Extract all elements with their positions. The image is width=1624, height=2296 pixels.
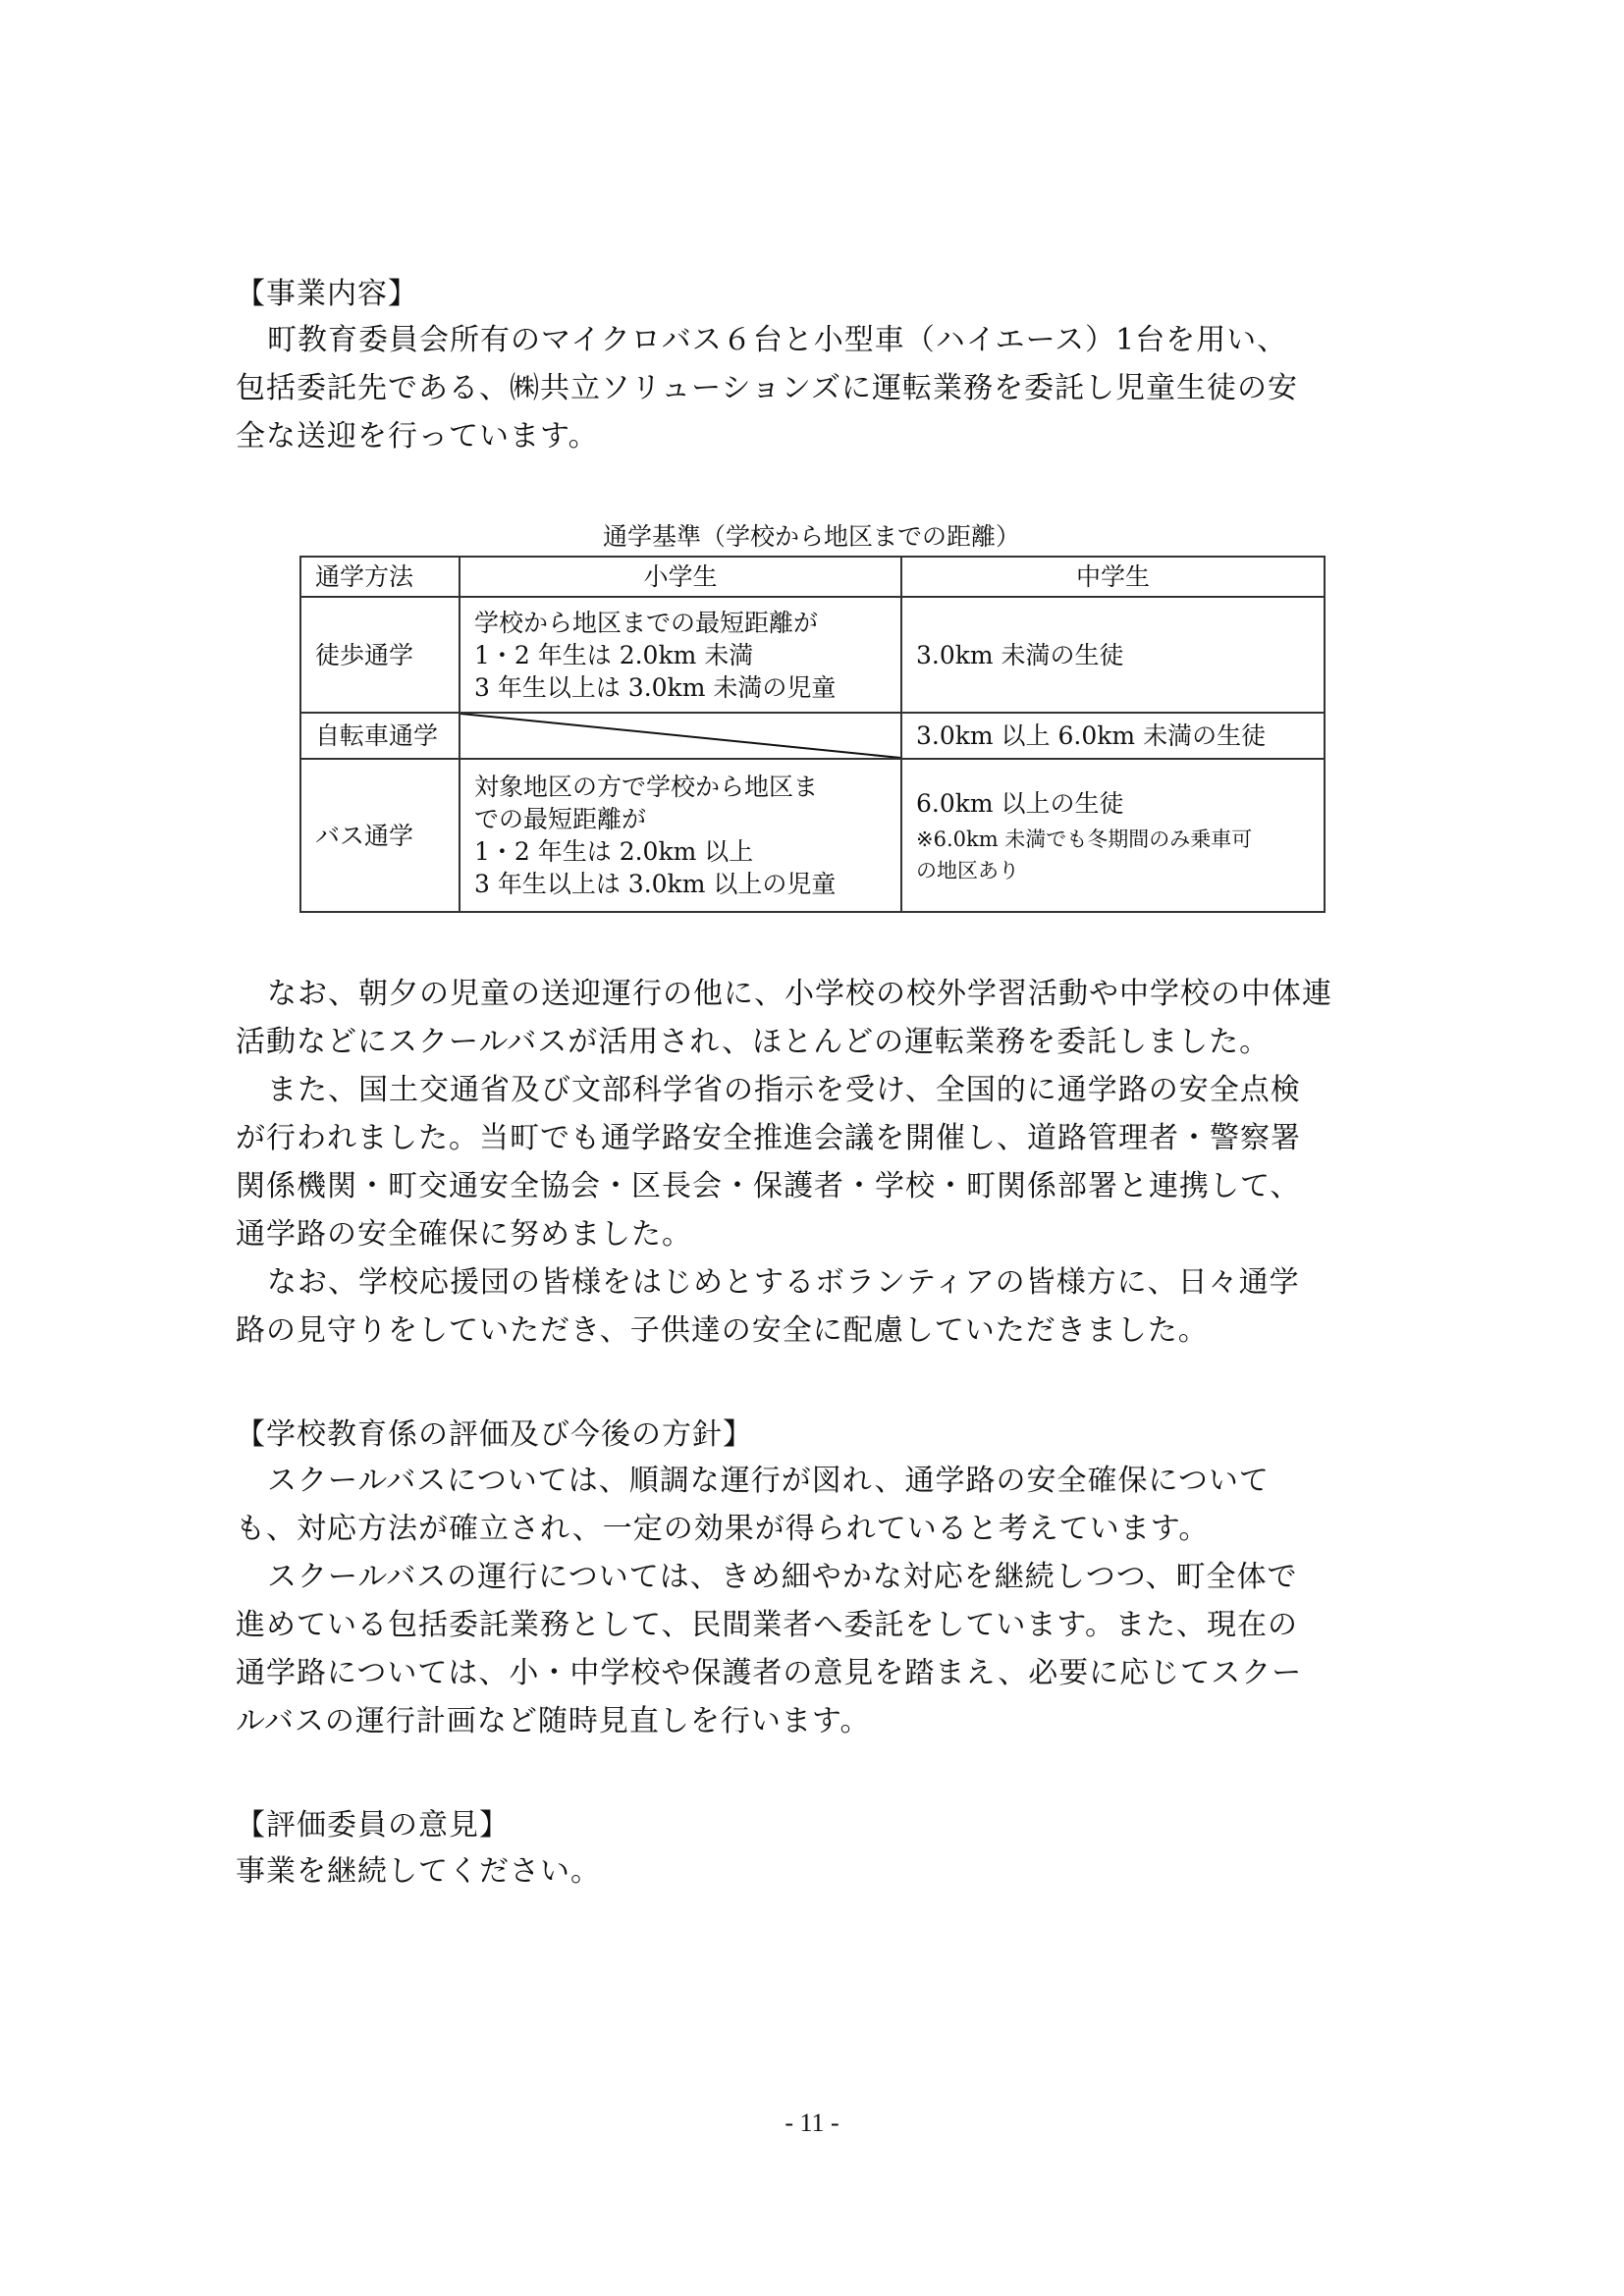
text-line: 町教育委員会所有のマイクロバス６台と小型車（ハイエース）1台を用い、 [236,316,1404,364]
evaluation-policy-paragraph: スクールバスについては、順調な運行が図れ、通学路の安全確保について も、対応方法… [236,1457,1404,1745]
method-cell: バス通学 [300,759,460,912]
business-content-paragraph: 町教育委員会所有のマイクロバス６台と小型車（ハイエース）1台を用い、 包括委託先… [236,316,1404,460]
text-line: 包括委託先である、㈱共立ソリューションズに運転業務を委託し児童生徒の安 [236,364,1404,412]
header-method: 通学方法 [300,557,460,597]
commute-criteria-table: 通学方法 小学生 中学生 徒歩通学 学校から地区までの最短距離が 1・2 年生は… [299,556,1326,913]
text-line: スクールバスの運行については、きめ細やかな対応を継続しつつ、町全体で [236,1553,1404,1601]
method-cell: 徒歩通学 [300,597,460,713]
cell-line: 対象地区の方で学校から地区ま [474,771,887,803]
text-line: 事業を継続してください。 [236,1847,1404,1896]
text-line: なお、学校応援団の皆様をはじめとするボランティアの皆様方に、日々通学 [236,1258,1404,1307]
table-row: バス通学 対象地区の方で学校から地区ま での最短距離が 1・2 年生は 2.0k… [300,759,1325,912]
junior-high-cell: 6.0km 以上の生徒 ※6.0km 未満でも冬期間のみ乗車可 の地区あり [901,759,1325,912]
text-line: 通学路については、小・中学校や保護者の意見を踏まえ、必要に応じてスクー [236,1649,1404,1697]
text-line: 関係機関・町交通安全協会・区長会・保護者・学校・町関係部署と連携して、 [236,1162,1404,1210]
table-header-row: 通学方法 小学生 中学生 [300,557,1325,597]
text-line: 路の見守りをしていただき、子供達の安全に配慮していただきました。 [236,1307,1404,1355]
text-line: なお、朝夕の児童の送迎運行の他に、小学校の校外学習活動や中学校の中体連 [236,970,1404,1018]
text-line: が行われました。当町でも通学路安全推進会議を開催し、道路管理者・警察署 [236,1114,1404,1162]
header-junior-high: 中学生 [901,557,1325,597]
cell-line: 学校から地区までの最短距離が [474,607,887,639]
section-heading-committee-opinion: 【評価委員の意見】 [236,1804,510,1847]
text-line: 活動などにスクールバスが活用され、ほとんどの運転業務を委託しました。 [236,1018,1404,1066]
not-applicable-diagonal-cell [460,713,901,759]
cell-line: 6.0km 以上の生徒 [916,784,1310,824]
text-line: も、対応方法が確立され、一定の効果が得られていると考えています。 [236,1505,1404,1553]
text-line: また、国土交通省及び文部科学省の指示を受け、全国的に通学路の安全点検 [236,1066,1404,1114]
junior-high-cell: 3.0km 以上 6.0km 未満の生徒 [901,713,1325,759]
elementary-cell: 学校から地区までの最短距離が 1・2 年生は 2.0km 未満 3 年生以上は … [460,597,901,713]
method-cell: 自転車通学 [300,713,460,759]
text-line: スクールバスについては、順調な運行が図れ、通学路の安全確保について [236,1457,1404,1505]
text-line: 通学路の安全確保に努めました。 [236,1210,1404,1258]
cell-line: 1・2 年生は 2.0km 未満 [474,639,887,671]
committee-opinion-paragraph: 事業を継続してください。 [236,1847,1404,1896]
text-line: ルバスの運行計画など随時見直しを行います。 [236,1697,1404,1745]
junior-high-cell: 3.0km 未満の生徒 [901,597,1325,713]
header-elementary: 小学生 [460,557,901,597]
cell-note: の地区あり [916,855,1310,886]
diagonal-line-icon [460,714,900,758]
section-heading-evaluation-policy: 【学校教育係の評価及び今後の方針】 [236,1414,753,1457]
table-caption: 通学基準（学校から地区までの距離） [299,520,1324,554]
cell-line: での最短距離が [474,803,887,835]
text-line: 進めている包括委託業務として、民間業者へ委託をしています。また、現在の [236,1601,1404,1649]
table-row: 自転車通学 3.0km 以上 6.0km 未満の生徒 [300,713,1325,759]
elementary-cell: 対象地区の方で学校から地区ま での最短距離が 1・2 年生は 2.0km 以上 … [460,759,901,912]
document-page: 【事業内容】 町教育委員会所有のマイクロバス６台と小型車（ハイエース）1台を用い… [0,0,1624,2296]
cell-line: 3 年生以上は 3.0km 以上の児童 [474,868,887,900]
table-row: 徒歩通学 学校から地区までの最短距離が 1・2 年生は 2.0km 未満 3 年… [300,597,1325,713]
cell-note: ※6.0km 未満でも冬期間のみ乗車可 [916,824,1310,855]
cell-line: 1・2 年生は 2.0km 以上 [474,835,887,868]
page-number: - 11 - [0,2109,1624,2138]
text-line: 全な送迎を行っています。 [236,412,1404,460]
section-heading-business-content: 【事業内容】 [236,273,418,316]
cell-line: 3 年生以上は 3.0km 未満の児童 [474,671,887,704]
additional-paragraphs: なお、朝夕の児童の送迎運行の他に、小学校の校外学習活動や中学校の中体連 活動など… [236,970,1404,1355]
